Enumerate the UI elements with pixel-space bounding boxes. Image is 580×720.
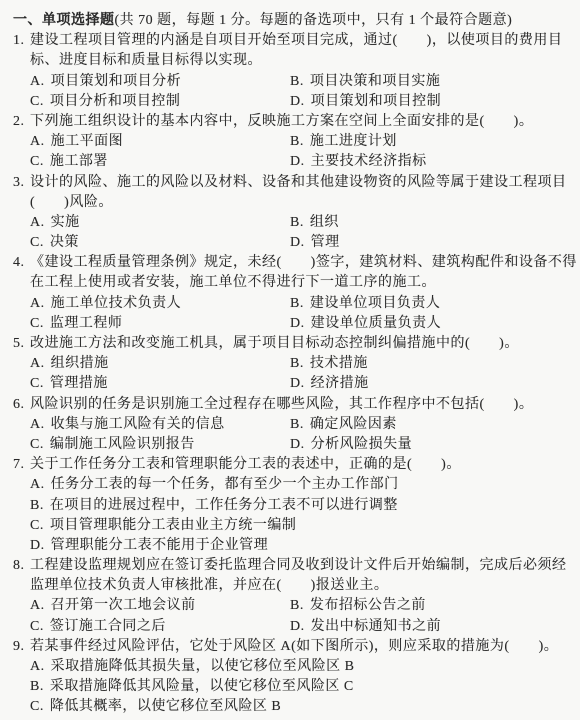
option-b: B.在项目的进展过程中，工作任务分工表不可以进行调整 (30, 496, 398, 516)
option-text: 采取措施降低其风险量，以使它移位至风险区 C (50, 679, 354, 694)
option-text: 组织 (310, 215, 339, 230)
option-text: 项目管理职能分工表由业主方统一编制 (50, 518, 297, 533)
option-label: D. (290, 316, 305, 331)
option-label: B. (290, 215, 304, 230)
option-label: D. (290, 619, 305, 634)
question-number: 5. (13, 334, 25, 354)
section-heading-title: 一、单项选择题 (13, 13, 115, 28)
option-label: C. (30, 619, 44, 634)
question-line: 监理单位技术负责人审核批准，并应在( )报送业主。 (0, 576, 580, 596)
option-text: 技术措施 (310, 356, 368, 371)
question-number: 7. (13, 455, 25, 475)
question-text-continued: 在工程上使用或者安装，施工单位不得进行下一道工序的施工。 (30, 273, 436, 293)
option-text: 主要技术经济指标 (311, 154, 427, 169)
question-number: 9. (13, 637, 25, 657)
section-heading-text: 一、单项选择题(共 70 题，每题 1 分。每题的备选项中，只有 1 个最符合题… (13, 11, 512, 31)
option-label: C. (30, 518, 44, 533)
question-text-continued: 监理单位技术负责人审核批准，并应在( )报送业主。 (30, 576, 388, 596)
option-label: A. (30, 417, 45, 432)
options-row: C.项目管理职能分工表由业主方统一编制 (0, 516, 580, 536)
question-text: 风险识别的任务是识别施工全过程存在哪些风险，其工作程序中不包括( )。 (30, 395, 533, 415)
option-label: B. (290, 74, 304, 89)
option-text: 采取措施降低其损失量，以使它移位至风险区 B (51, 659, 355, 674)
option-text: 施工进度计划 (310, 134, 397, 149)
option-a: A.组织措施 (30, 354, 109, 374)
option-d: D.分析风险损失量 (290, 435, 412, 455)
question-6: 6. 风险识别的任务是识别施工全过程存在哪些风险，其工作程序中不包括( )。 A… (0, 395, 580, 456)
options-row: C.编制施工风险识别报告 D.分析风险损失量 (0, 435, 580, 455)
question-line: 在工程上使用或者安装，施工单位不得进行下一道工序的施工。 (0, 273, 580, 293)
option-text: 管理职能分工表不能用于企业管理 (51, 538, 269, 553)
question-5: 5. 改进施工方法和改变施工机具，属于项目目标动态控制纠偏措施中的( )。 A.… (0, 334, 580, 395)
options-row: A.组织措施 B.技术措施 (0, 354, 580, 374)
options-row: C.监理工程师 D.建设单位质量负责人 (0, 314, 580, 334)
option-text: 编制施工风险识别报告 (50, 437, 195, 452)
option-text: 管理 (311, 235, 340, 250)
question-text: 下列施工组织设计的基本内容中，反映施工方案在空间上全面安排的是( )。 (30, 112, 533, 132)
options-row: C.签订施工合同之后 D.发出中标通知书之前 (0, 617, 580, 637)
option-label: A. (30, 598, 45, 613)
option-label: C. (30, 376, 44, 391)
option-b: B.采取措施降低其风险量，以使它移位至风险区 C (30, 677, 354, 697)
option-label: B. (290, 417, 304, 432)
section-heading-note: (共 70 题，每题 1 分。每题的备选项中，只有 1 个最符合题意) (115, 13, 513, 28)
option-text: 项目分析和项目控制 (50, 94, 181, 109)
options-row: A.任务分工表的每一个任务，都有至少一个主办工作部门 (0, 475, 580, 495)
option-d: D.建设单位质量负责人 (290, 314, 441, 334)
question-number: 8. (13, 556, 25, 576)
question-line: 9. 若某事件经过风险评估，它处于风险区 A(如下图所示)，则应采取的措施为( … (0, 637, 580, 657)
option-label: A. (30, 215, 45, 230)
question-number: 3. (13, 173, 25, 193)
option-label: D. (30, 538, 45, 553)
option-text: 项目策划和项目分析 (51, 74, 182, 89)
option-a: A.项目策划和项目分析 (30, 72, 181, 92)
question-number: 2. (13, 112, 25, 132)
option-label: A. (30, 74, 45, 89)
option-a: A.召开第一次工地会议前 (30, 596, 196, 616)
question-line: 5. 改进施工方法和改变施工机具，属于项目目标动态控制纠偏措施中的( )。 (0, 334, 580, 354)
question-7: 7. 关于工作任务分工表和管理职能分工表的表述中，正确的是( )。 A.任务分工… (0, 455, 580, 556)
options-row: C.降低其概率，以使它移位至风险区 B (0, 697, 580, 717)
option-text: 发出中标通知书之前 (311, 619, 442, 634)
question-line: 6. 风险识别的任务是识别施工全过程存在哪些风险，其工作程序中不包括( )。 (0, 395, 580, 415)
option-text: 降低其概率，以使它移位至风险区 B (50, 699, 281, 714)
option-text: 管理措施 (50, 376, 108, 391)
option-c: C.决策 (30, 233, 79, 253)
question-2: 2. 下列施工组织设计的基本内容中，反映施工方案在空间上全面安排的是( )。 A… (0, 112, 580, 173)
option-label: B. (290, 296, 304, 311)
options-row: A.施工平面图 B.施工进度计划 (0, 132, 580, 152)
question-text-continued: 标、进度目标和质量目标得以实现。 (30, 51, 262, 71)
options-row: A.召开第一次工地会议前 B.发布招标公告之前 (0, 596, 580, 616)
question-8: 8. 工程建设监理规划应在签订委托监理合同及收到设计文件后开始编制，完成后必须经… (0, 556, 580, 637)
option-a: A.实施 (30, 213, 80, 233)
question-9: 9. 若某事件经过风险评估，它处于风险区 A(如下图所示)，则应采取的措施为( … (0, 637, 580, 718)
option-label: D. (290, 94, 305, 109)
question-text: 关于工作任务分工表和管理职能分工表的表述中，正确的是( )。 (30, 455, 461, 475)
option-label: A. (30, 134, 45, 149)
option-a: A.任务分工表的每一个任务，都有至少一个主办工作部门 (30, 475, 399, 495)
option-text: 建设单位质量负责人 (311, 316, 442, 331)
option-label: B. (30, 498, 44, 513)
options-row: C.决策 D.管理 (0, 233, 580, 253)
option-label: A. (30, 356, 45, 371)
option-label: C. (30, 437, 44, 452)
options-row: B.采取措施降低其风险量，以使它移位至风险区 C (0, 677, 580, 697)
option-b: B.建设单位项目负责人 (290, 294, 440, 314)
option-label: B. (290, 356, 304, 371)
option-label: A. (30, 659, 45, 674)
option-text: 召开第一次工地会议前 (51, 598, 196, 613)
question-text: 建设工程项目管理的内涵是自项目开始至项目完成，通过( )，以使项目的费用目 (30, 31, 562, 51)
option-text: 发布招标公告之前 (310, 598, 426, 613)
option-b: B.发布招标公告之前 (290, 596, 426, 616)
question-line: 4. 《建设工程质量管理条例》规定，未经( )签字，建筑材料、建筑构配件和设备不… (0, 253, 580, 273)
option-text: 签订施工合同之后 (50, 619, 166, 634)
option-text: 在项目的进展过程中，工作任务分工表不可以进行调整 (50, 498, 398, 513)
question-3: 3. 设计的风险、施工的风险以及材料、设备和其他建设物资的风险等属于建设工程项目… (0, 173, 580, 254)
option-label: B. (30, 679, 44, 694)
question-line: ( )风险。 (0, 193, 580, 213)
option-label: B. (290, 598, 304, 613)
options-row: C.项目分析和项目控制 D.项目策划和项目控制 (0, 92, 580, 112)
option-d: D.经济措施 (290, 374, 369, 394)
section-heading: 一、单项选择题(共 70 题，每题 1 分。每题的备选项中，只有 1 个最符合题… (0, 11, 580, 31)
options-row: B.在项目的进展过程中，工作任务分工表不可以进行调整 (0, 496, 580, 516)
option-c: C.管理措施 (30, 374, 108, 394)
option-a: A.采取措施降低其损失量，以使它移位至风险区 B (30, 657, 354, 677)
option-text: 实施 (51, 215, 80, 230)
options-row: A.施工单位技术负责人 B.建设单位项目负责人 (0, 294, 580, 314)
option-label: D. (290, 154, 305, 169)
option-text: 项目决策和项目实施 (310, 74, 441, 89)
option-c: C.编制施工风险识别报告 (30, 435, 195, 455)
options-row: A.收集与施工风险有关的信息 B.确定风险因素 (0, 415, 580, 435)
option-a: A.施工单位技术负责人 (30, 294, 181, 314)
option-b: B.确定风险因素 (290, 415, 397, 435)
question-line: 1. 建设工程项目管理的内涵是自项目开始至项目完成，通过( )，以使项目的费用目 (0, 31, 580, 51)
options-row: A.实施 B.组织 (0, 213, 580, 233)
option-label: D. (290, 437, 305, 452)
option-text: 任务分工表的每一个任务，都有至少一个主办工作部门 (51, 477, 399, 492)
question-text: 工程建设监理规划应在签订委托监理合同及收到设计文件后开始编制，完成后必须经 (30, 556, 567, 576)
question-number: 4. (13, 253, 25, 273)
question-line: 7. 关于工作任务分工表和管理职能分工表的表述中，正确的是( )。 (0, 455, 580, 475)
option-b: B.技术措施 (290, 354, 368, 374)
option-c: C.降低其概率，以使它移位至风险区 B (30, 697, 281, 717)
option-a: A.收集与施工风险有关的信息 (30, 415, 225, 435)
option-text: 施工部署 (50, 154, 108, 169)
option-a: A.施工平面图 (30, 132, 123, 152)
option-label: D. (290, 235, 305, 250)
option-text: 经济措施 (311, 376, 369, 391)
option-text: 项目策划和项目控制 (311, 94, 442, 109)
question-number: 6. (13, 395, 25, 415)
option-d: D.发出中标通知书之前 (290, 617, 441, 637)
question-text-continued: ( )风险。 (30, 193, 113, 213)
question-text: 《建设工程质量管理条例》规定，未经( )签字，建筑材料、建筑构配件和设备不得 (30, 253, 577, 273)
option-d: D.管理 (290, 233, 340, 253)
option-label: C. (30, 94, 44, 109)
option-d: D.项目策划和项目控制 (290, 92, 441, 112)
option-label: A. (30, 296, 45, 311)
option-c: C.监理工程师 (30, 314, 122, 334)
question-text: 设计的风险、施工的风险以及材料、设备和其他建设物资的风险等属于建设工程项目 (30, 173, 567, 193)
option-label: A. (30, 477, 45, 492)
option-b: B.施工进度计划 (290, 132, 397, 152)
question-text: 若某事件经过风险评估，它处于风险区 A(如下图所示)，则应采取的措施为( )。 (30, 637, 558, 657)
option-d: D.主要技术经济指标 (290, 152, 427, 172)
question-line: 2. 下列施工组织设计的基本内容中，反映施工方案在空间上全面安排的是( )。 (0, 112, 580, 132)
option-c: C.施工部署 (30, 152, 108, 172)
option-text: 组织措施 (51, 356, 109, 371)
option-c: C.签订施工合同之后 (30, 617, 166, 637)
question-line: 标、进度目标和质量目标得以实现。 (0, 51, 580, 71)
option-text: 决策 (50, 235, 79, 250)
question-1: 1. 建设工程项目管理的内涵是自项目开始至项目完成，通过( )，以使项目的费用目… (0, 31, 580, 112)
option-label: C. (30, 154, 44, 169)
option-d: D.管理职能分工表不能用于企业管理 (30, 536, 268, 556)
options-row: D.管理职能分工表不能用于企业管理 (0, 536, 580, 556)
option-label: B. (290, 134, 304, 149)
option-b: B.组织 (290, 213, 339, 233)
option-text: 施工单位技术负责人 (51, 296, 182, 311)
option-label: C. (30, 235, 44, 250)
options-row: C.管理措施 D.经济措施 (0, 374, 580, 394)
option-text: 收集与施工风险有关的信息 (51, 417, 225, 432)
options-row: A.项目策划和项目分析 B.项目决策和项目实施 (0, 72, 580, 92)
exam-page: 一、单项选择题(共 70 题，每题 1 分。每题的备选项中，只有 1 个最符合题… (0, 0, 580, 720)
option-label: D. (290, 376, 305, 391)
options-row: A.采取措施降低其损失量，以使它移位至风险区 B (0, 657, 580, 677)
option-c: C.项目分析和项目控制 (30, 92, 180, 112)
question-text: 改进施工方法和改变施工机具，属于项目目标动态控制纠偏措施中的( )。 (30, 334, 519, 354)
question-line: 8. 工程建设监理规划应在签订委托监理合同及收到设计文件后开始编制，完成后必须经 (0, 556, 580, 576)
option-text: 建设单位项目负责人 (310, 296, 441, 311)
options-row: C.施工部署 D.主要技术经济指标 (0, 152, 580, 172)
option-label: C. (30, 699, 44, 714)
option-text: 施工平面图 (51, 134, 124, 149)
question-4: 4. 《建设工程质量管理条例》规定，未经( )签字，建筑材料、建筑构配件和设备不… (0, 253, 580, 334)
question-number: 1. (13, 31, 25, 51)
option-text: 分析风险损失量 (311, 437, 413, 452)
option-c: C.项目管理职能分工表由业主方统一编制 (30, 516, 296, 536)
option-text: 确定风险因素 (310, 417, 397, 432)
option-text: 监理工程师 (50, 316, 123, 331)
question-line: 3. 设计的风险、施工的风险以及材料、设备和其他建设物资的风险等属于建设工程项目 (0, 173, 580, 193)
option-label: C. (30, 316, 44, 331)
option-b: B.项目决策和项目实施 (290, 72, 440, 92)
